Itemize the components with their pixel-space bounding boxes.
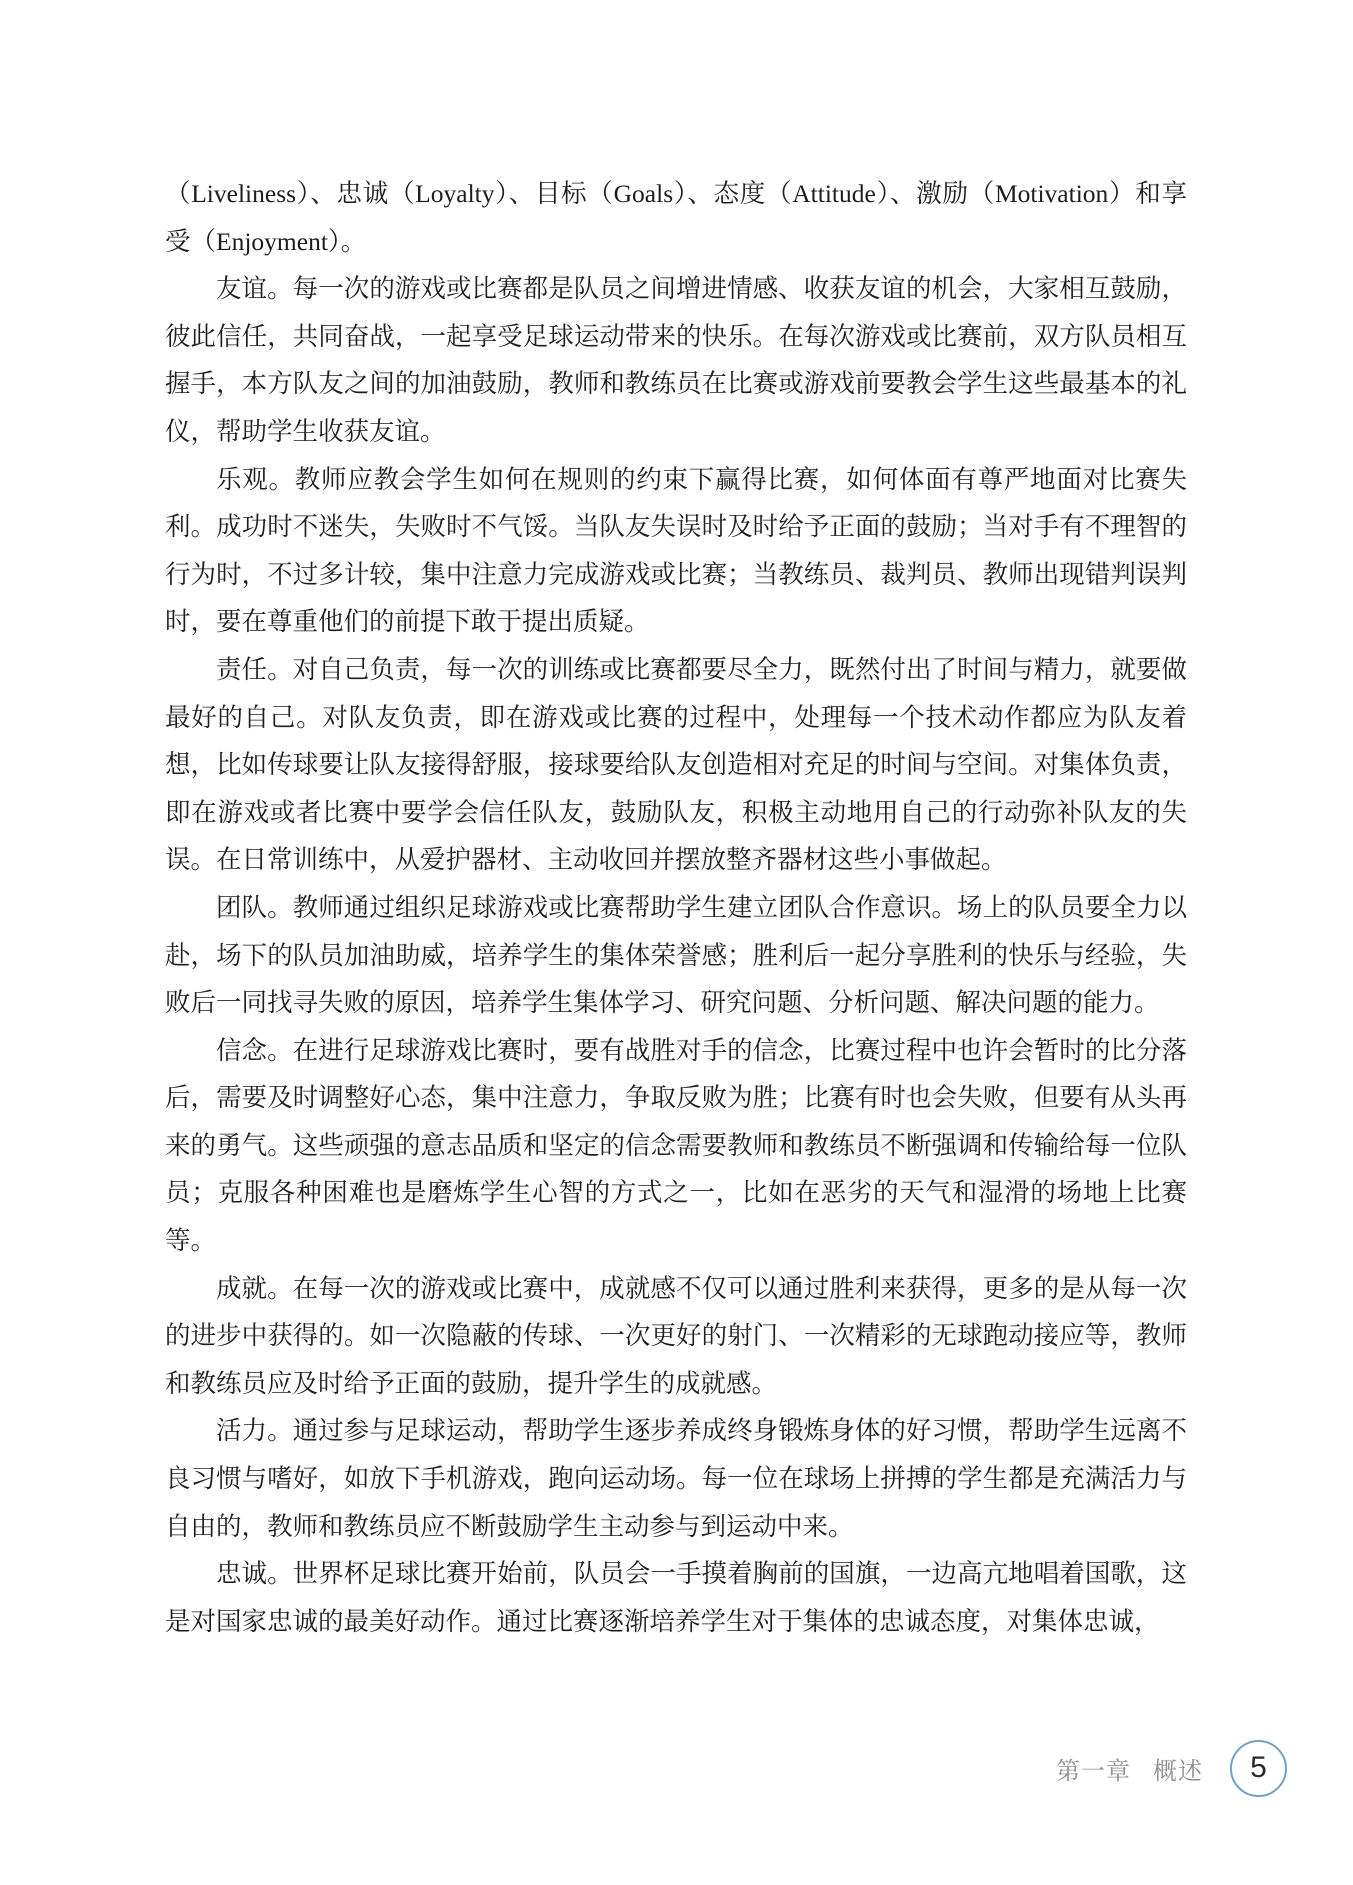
book-page: （Liveliness）、忠诚（Loyalty）、目标（Goals）、态度（At… bbox=[0, 0, 1353, 1885]
page-body: （Liveliness）、忠诚（Loyalty）、目标（Goals）、态度（At… bbox=[165, 170, 1187, 1645]
paragraph: 友谊。每一次的游戏或比赛都是队员之间增进情感、收获友谊的机会，大家相互鼓励，彼此… bbox=[165, 265, 1187, 455]
page-footer: 第一章概述 5 bbox=[1056, 1738, 1287, 1798]
paragraph: 信念。在进行足球游戏比赛时，要有战胜对手的信念，比赛过程中也许会暂时的比分落后，… bbox=[165, 1027, 1187, 1265]
running-footer-title: 第一章概述 bbox=[1056, 1751, 1203, 1786]
paragraph: 成就。在每一次的游戏或比赛中，成就感不仅可以通过胜利来获得，更多的是从每一次的进… bbox=[165, 1265, 1187, 1408]
paragraph: 乐观。教师应教会学生如何在规则的约束下赢得比赛，如何体面有尊严地面对比赛失利。成… bbox=[165, 456, 1187, 646]
paragraph: （Liveliness）、忠诚（Loyalty）、目标（Goals）、态度（At… bbox=[165, 170, 1187, 265]
page-number: 5 bbox=[1250, 1753, 1267, 1783]
page-number-badge: 5 bbox=[1230, 1740, 1287, 1797]
footer-section: 概述 bbox=[1153, 1758, 1203, 1785]
footer-chapter: 第一章 bbox=[1056, 1758, 1131, 1785]
paragraph: 团队。教师通过组织足球游戏或比赛帮助学生建立团队合作意识。场上的队员要全力以赴，… bbox=[165, 884, 1187, 1027]
paragraph: 活力。通过参与足球运动，帮助学生逐步养成终身锻炼身体的好习惯，帮助学生远离不良习… bbox=[165, 1407, 1187, 1550]
paragraph: 忠诚。世界杯足球比赛开始前，队员会一手摸着胸前的国旗，一边高亢地唱着国歌，这是对… bbox=[165, 1550, 1187, 1645]
paragraph: 责任。对自己负责，每一次的训练或比赛都要尽全力，既然付出了时间与精力，就要做最好… bbox=[165, 646, 1187, 884]
